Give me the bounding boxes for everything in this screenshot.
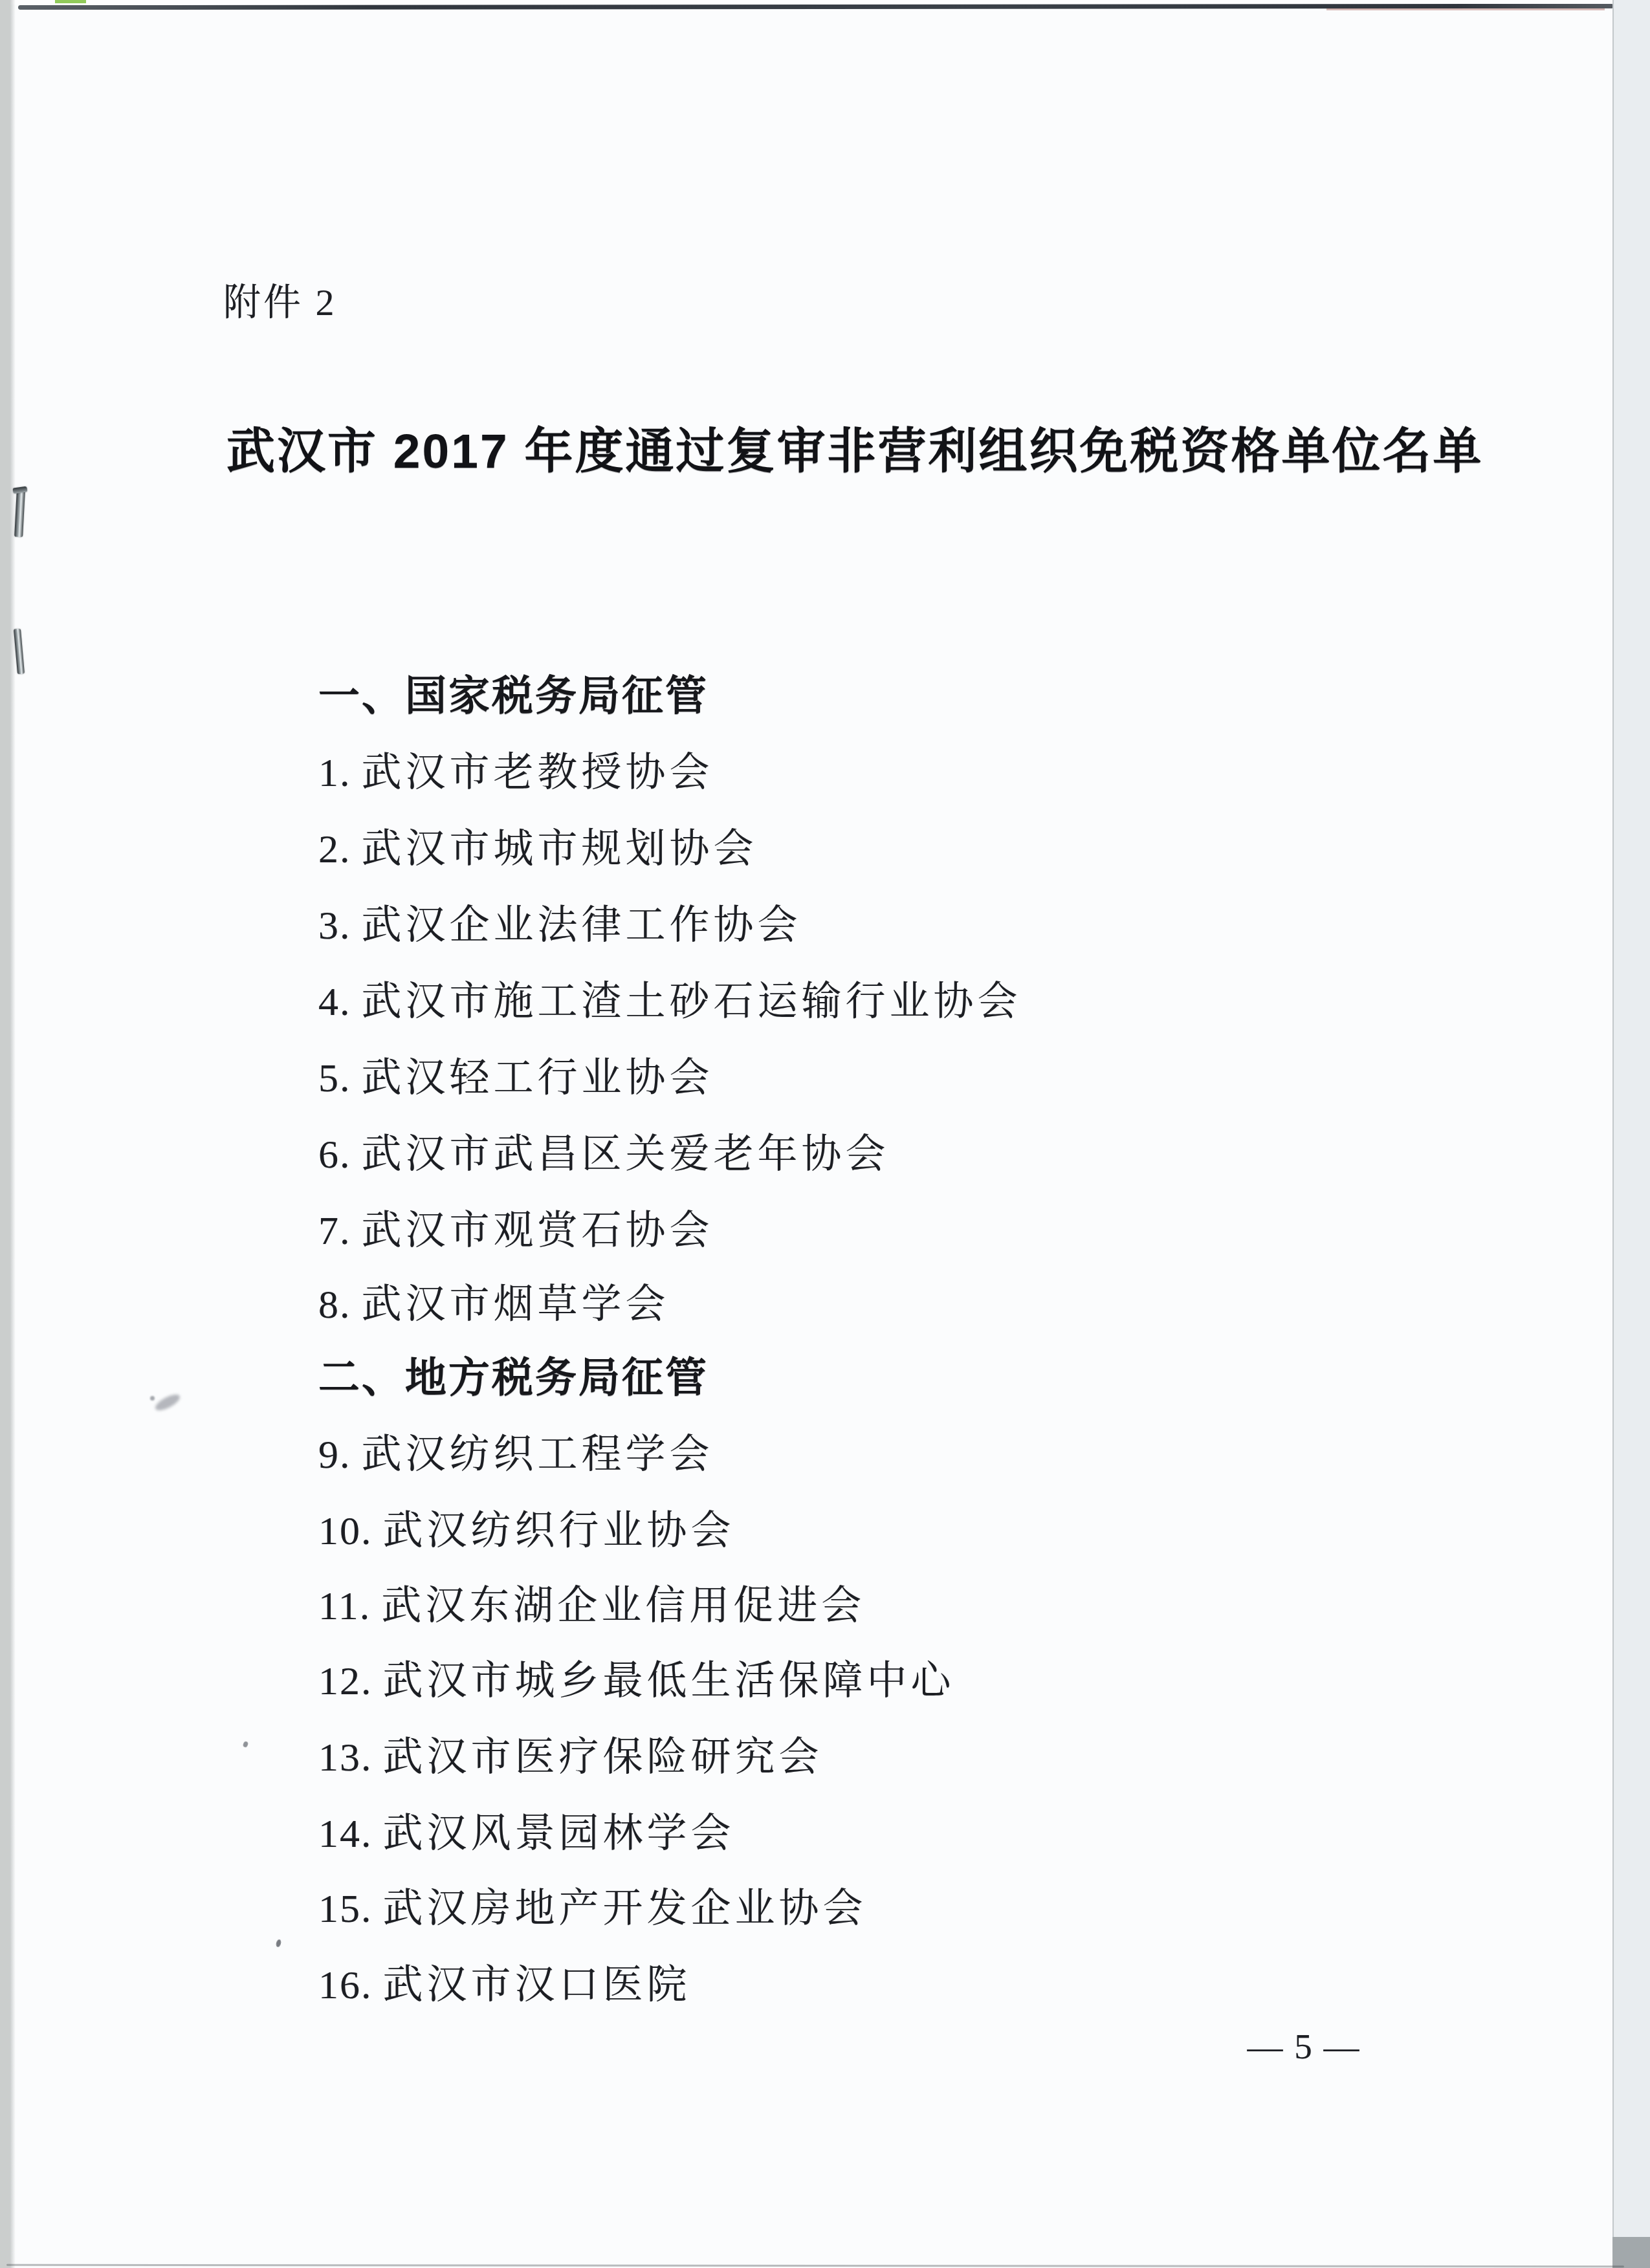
list-item: 16.武汉市汉口医院 (318, 1952, 691, 2010)
list-item: 12.武汉市城乡最低生活保障中心 (318, 1648, 955, 1706)
list-item: 2.武汉市城市规划协会 (318, 816, 758, 874)
page-bottom-edge-line (6, 2264, 1624, 2268)
item-name: 武汉市施工渣土砂石运输行业协会 (362, 980, 1022, 1024)
item-number: 16. (318, 1963, 373, 2007)
item-name: 武汉东湖企业信用促进会 (381, 1584, 865, 1628)
ink-smudge (153, 1391, 182, 1413)
item-number: 9. (318, 1433, 351, 1477)
item-name: 武汉轻工行业协会 (362, 1056, 714, 1100)
list-item: 11.武汉东湖企业信用促进会 (318, 1573, 865, 1631)
item-name: 武汉纺织行业协会 (383, 1509, 735, 1553)
item-name: 武汉市城乡最低生活保障中心 (383, 1659, 955, 1703)
page-left-edge-shadow (10, 0, 16, 2268)
list-item: 13.武汉市医疗保险研究会 (318, 1725, 823, 1782)
item-name: 武汉市烟草学会 (362, 1283, 670, 1327)
list-item: 6.武汉市武昌区关爱老年协会 (318, 1122, 890, 1179)
list-item: 14.武汉风景园林学会 (318, 1801, 735, 1859)
item-name: 武汉市武昌区关爱老年协会 (362, 1133, 890, 1177)
scan-artifact-green (55, 0, 86, 3)
item-name: 武汉市城市规划协会 (362, 827, 758, 871)
list-item: 5.武汉轻工行业协会 (318, 1045, 714, 1103)
item-name: 武汉市医疗保险研究会 (383, 1736, 823, 1780)
item-number: 15. (318, 1887, 373, 1931)
item-name: 武汉纺织工程学会 (362, 1433, 714, 1477)
ink-speck (276, 1939, 282, 1947)
scanned-document-page: 附件 2 武汉市 2017 年度通过复审非营利组织免税资格单位名单 一、国家税务… (0, 0, 1650, 2268)
item-number: 1. (318, 751, 351, 795)
list-item: 10.武汉纺织行业协会 (318, 1498, 735, 1556)
item-name: 武汉企业法律工作协会 (362, 904, 802, 948)
item-number: 11. (318, 1584, 371, 1628)
section-heading-1: 一、国家税务局征管 (318, 662, 709, 722)
item-number: 10. (318, 1509, 373, 1553)
item-number: 7. (318, 1209, 351, 1253)
attachment-label: 附件 2 (223, 272, 337, 326)
item-number: 2. (318, 827, 351, 871)
item-number: 5. (318, 1056, 351, 1100)
staple-cap-icon (12, 486, 27, 494)
section-heading-2: 二、地方税务局征管 (318, 1344, 709, 1404)
item-number: 8. (318, 1283, 351, 1327)
item-number: 3. (318, 904, 351, 948)
staple-icon (14, 490, 25, 538)
ink-speck (243, 1741, 249, 1748)
item-name: 武汉市老教授协会 (362, 751, 714, 795)
list-item: 7.武汉市观赏石协会 (318, 1198, 714, 1256)
list-item: 1.武汉市老教授协会 (318, 740, 714, 798)
list-item: 4.武汉市施工渣土砂石运输行业协会 (318, 969, 1022, 1027)
list-item: 15.武汉房地产开发企业协会 (318, 1876, 867, 1934)
list-item: 3.武汉企业法律工作协会 (318, 893, 802, 950)
scan-left-margin (0, 0, 10, 2268)
underlying-page-right-edge (1612, 0, 1650, 2268)
item-number: 14. (318, 1812, 373, 1856)
underlying-page-right-edge-dark (1612, 2237, 1650, 2268)
list-item: 8.武汉市烟草学会 (318, 1272, 670, 1329)
item-name: 武汉风景园林学会 (383, 1812, 735, 1856)
ink-speck (150, 1396, 155, 1401)
item-number: 6. (318, 1133, 351, 1177)
item-name: 武汉市汉口医院 (383, 1963, 691, 2007)
list-item: 9.武汉纺织工程学会 (318, 1422, 714, 1479)
item-name: 武汉房地产开发企业协会 (383, 1887, 867, 1931)
item-number: 13. (318, 1736, 373, 1780)
item-number: 12. (318, 1659, 373, 1703)
page-number: — 5 — (1223, 2026, 1385, 2067)
document-title: 武汉市 2017 年度通过复审非营利组织免税资格单位名单 (226, 413, 1484, 482)
scan-artifact-red (1326, 8, 1605, 10)
item-name: 武汉市观赏石协会 (362, 1209, 714, 1253)
item-number: 4. (318, 980, 351, 1024)
